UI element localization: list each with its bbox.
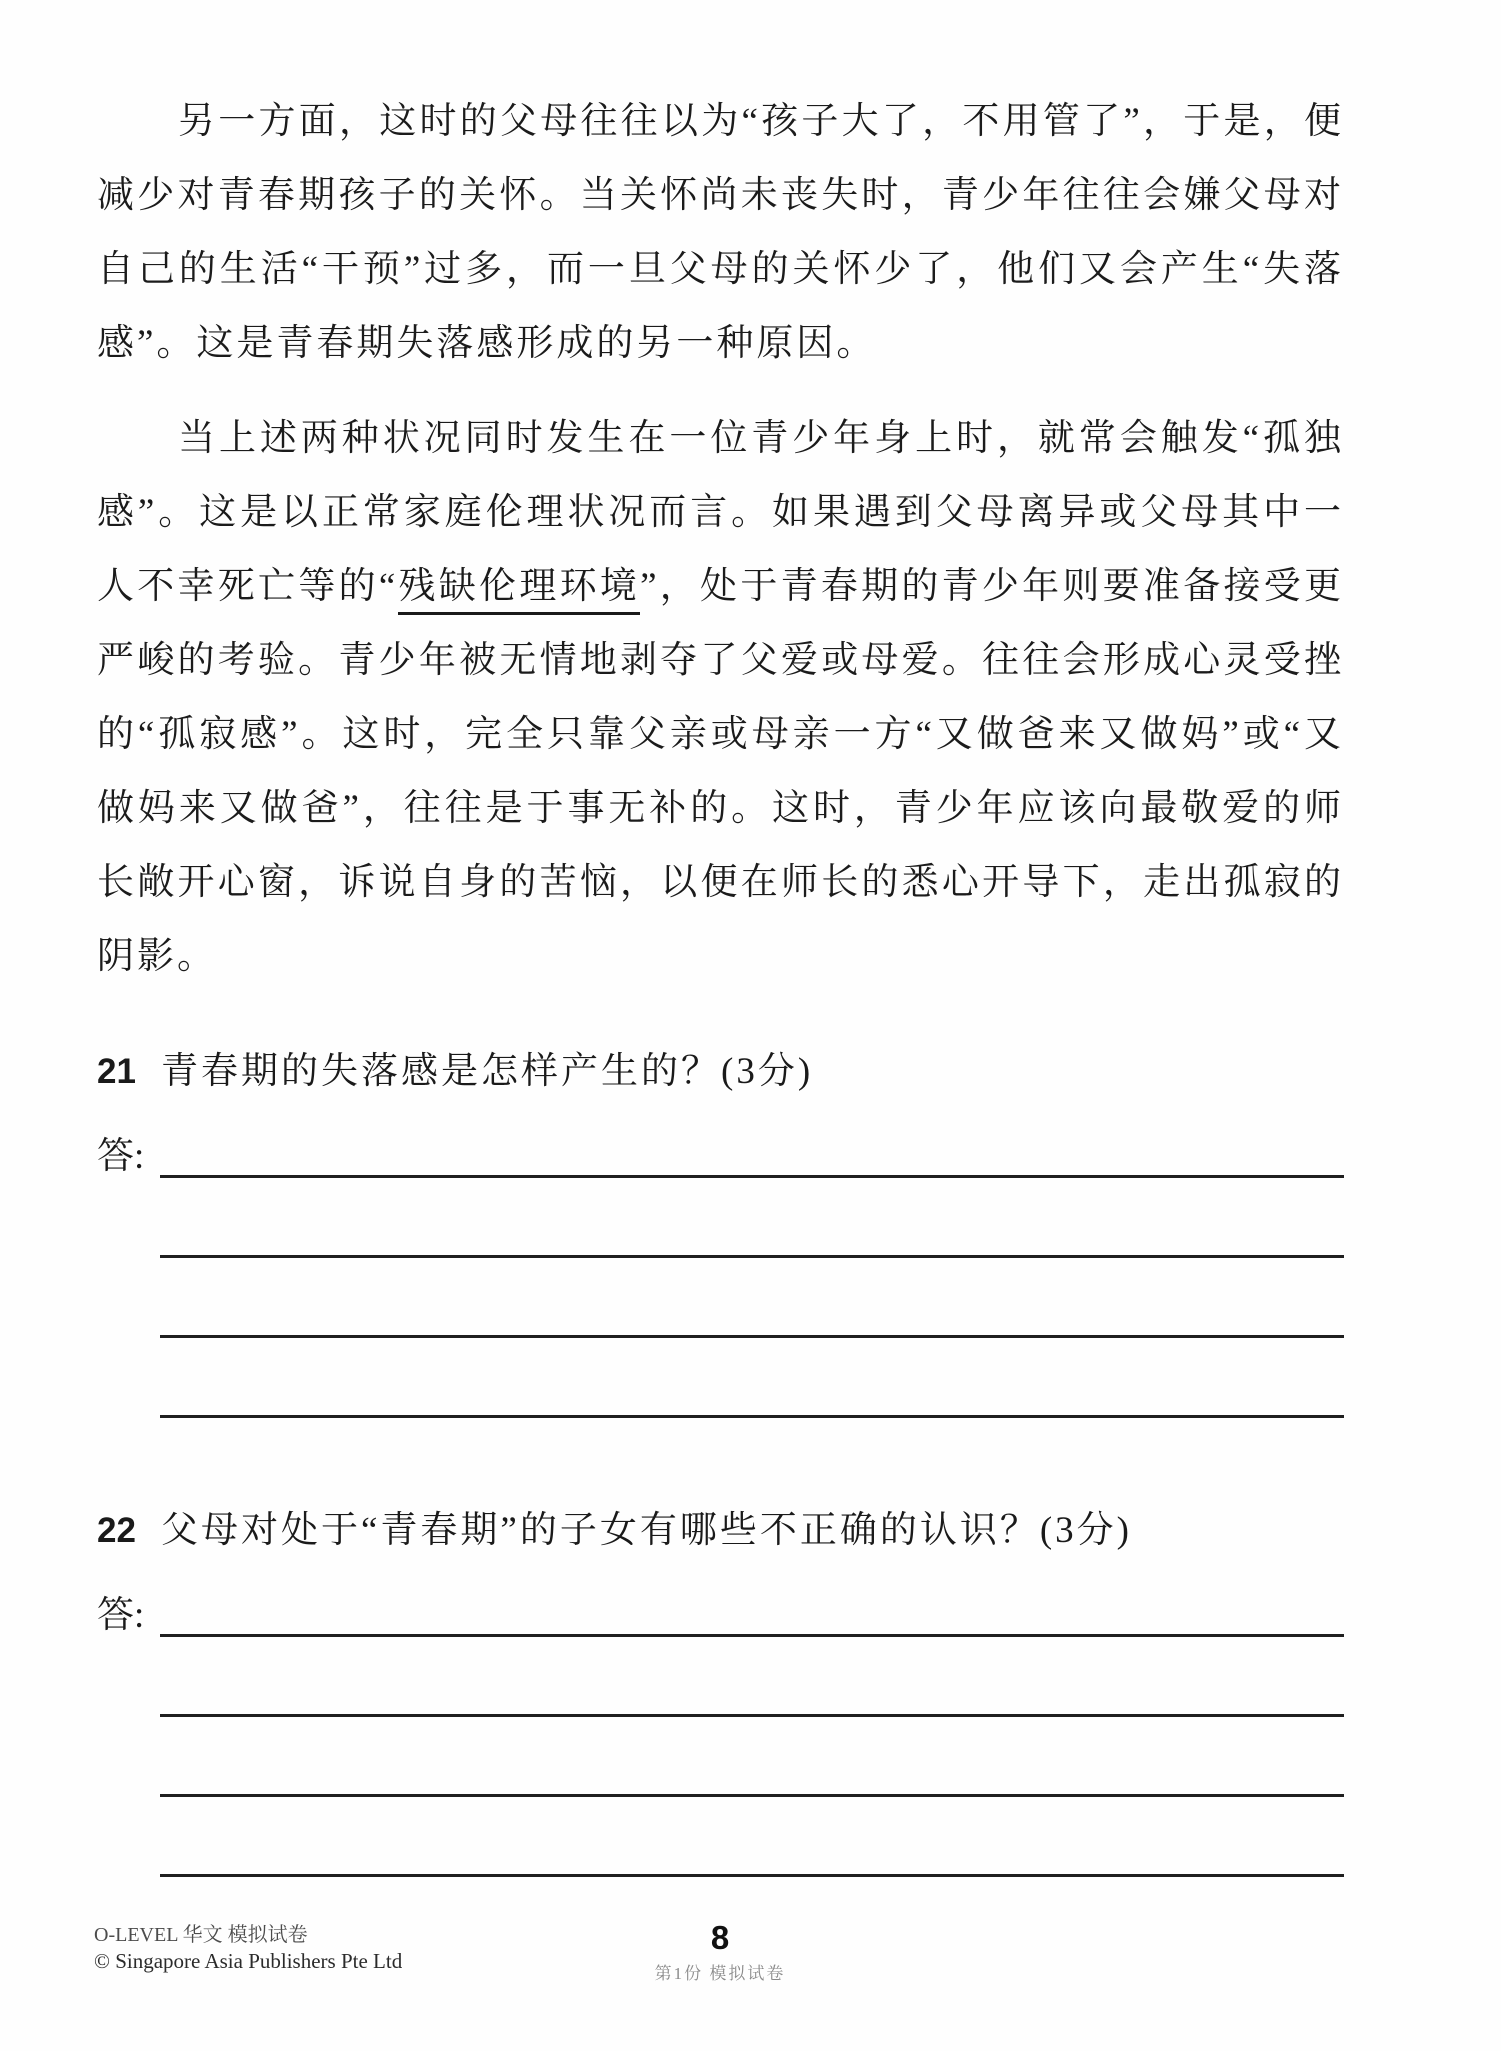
answer-line [160, 1717, 1344, 1797]
question-22-number: 22 [97, 1494, 161, 1568]
answer-line [160, 1178, 1344, 1258]
paragraph-1-text: 另一方面，这时的父母往往以为“孩子大了，不用管了”，于是，便减少对青春期孩子的关… [97, 101, 1344, 364]
question-21-answer-row: 答: [97, 1123, 1344, 1178]
question-21: 21 青春期的失落感是怎样产生的？(3分) [97, 1035, 1344, 1109]
footer-section-caption: 第1份 模拟试卷 [620, 1959, 820, 1984]
question-22: 22 父母对处于“青春期”的子女有哪些不正确的认识？(3分) [97, 1494, 1344, 1568]
answer-line [160, 1797, 1344, 1877]
footer-left: O-LEVEL 华文 模拟试卷 © Singapore Asia Publish… [94, 1922, 402, 1975]
question-21-number: 21 [97, 1035, 161, 1109]
footer-copyright: © Singapore Asia Publishers Pte Ltd [94, 1948, 402, 1975]
answer-line [160, 1338, 1344, 1418]
answer-line [160, 1634, 1344, 1637]
underlined-term: 残缺伦理环境 [398, 566, 640, 615]
answer-line [160, 1258, 1344, 1338]
footer-series-title: O-LEVEL 华文 模拟试卷 [94, 1922, 402, 1948]
paragraph-2-text-after: ”，处于青春期的青少年则要准备接受更严峻的考验。青少年被无情地剥夺了父爱或母爱。… [97, 566, 1344, 977]
paragraph-1: 另一方面，这时的父母往往以为“孩子大了，不用管了”，于是，便减少对青春期孩子的关… [97, 85, 1344, 381]
paragraph-2: 当上述两种状况同时发生在一位青少年身上时，就常会触发“孤独感”。这是以正常家庭伦… [97, 402, 1344, 994]
exam-page: 另一方面，这时的父母往往以为“孩子大了，不用管了”，于是，便减少对青春期孩子的关… [0, 0, 1501, 2051]
question-21-text: 青春期的失落感是怎样产生的？(3分) [161, 1035, 813, 1109]
question-22-text: 父母对处于“青春期”的子女有哪些不正确的认识？(3分) [161, 1494, 1132, 1568]
question-22-answer-row: 答: [97, 1582, 1344, 1637]
answer-line [160, 1637, 1344, 1717]
footer-center: 8 第1份 模拟试卷 [620, 1920, 820, 1984]
page-content: 另一方面，这时的父母往往以为“孩子大了，不用管了”，于是，便减少对青春期孩子的关… [97, 85, 1344, 1877]
answer-line [160, 1175, 1344, 1178]
question-21-answer-label: 答: [97, 1129, 144, 1184]
question-22-answer-label: 答: [97, 1588, 144, 1643]
page-number: 8 [620, 1920, 820, 1956]
